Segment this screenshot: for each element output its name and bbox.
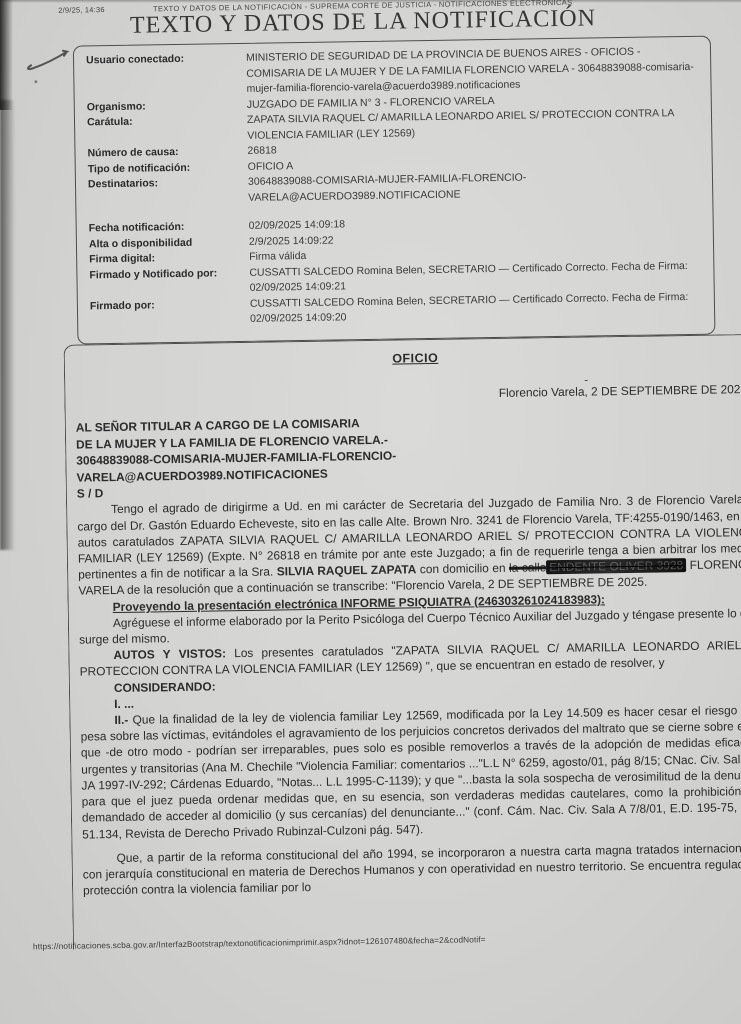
row-label: Firmado por: — [90, 296, 242, 329]
row-label: Firmado y Notificado por: — [89, 265, 241, 298]
paragraph-item-two: II.- Que la finalidad de la ley de viole… — [80, 702, 741, 842]
redacted-address: ENDENTE OLIVER 3928 — [546, 558, 686, 574]
row-label: Destinatarios: — [88, 175, 240, 208]
row-label: Usuario conectado: — [86, 51, 239, 100]
row-label: Carátula: — [87, 113, 239, 146]
paragraph-intro: Tengo el agrado de dirigirme a Ud. en mi… — [77, 491, 741, 599]
notification-data-table: Usuario conectado: MINISTERIO DE SEGURID… — [73, 36, 716, 344]
oficio-document-body: OFICIO - Florencio Varela, 2 DE SEPTIEMB… — [64, 334, 741, 950]
oficio-heading: OFICIO — [75, 345, 741, 372]
addressee-block: AL SEÑOR TITULAR A CARGO DE LA COMISARIA… — [76, 409, 741, 502]
row-value: 30648839088-COMISARIA-MUJER-FAMILIA-FLOR… — [248, 168, 700, 206]
scan-shadow-top — [0, 0, 741, 3]
scanned-page: 2/9/25, 14:36 TEXTO Y DATOS DE LA NOTIFI… — [0, 0, 741, 1024]
scan-shadow-left-mid — [0, 100, 15, 550]
victim-name: SILVIA RAQUEL ZAPATA — [277, 563, 417, 579]
struck-text: la calle — [509, 560, 546, 575]
pen-dot-mark — [34, 80, 37, 83]
pen-mark-icon — [19, 39, 80, 74]
scan-shadow-left-top — [0, 0, 13, 110]
paragraph-reforma: Que, a partir de la reforma constitucion… — [82, 840, 741, 899]
row-value: MINISTERIO DE SEGURIDAD DE LA PROVINCIA … — [246, 44, 699, 98]
row-value: CUSSATTI SALCEDO Romina Belen, SECRETARI… — [250, 289, 702, 327]
